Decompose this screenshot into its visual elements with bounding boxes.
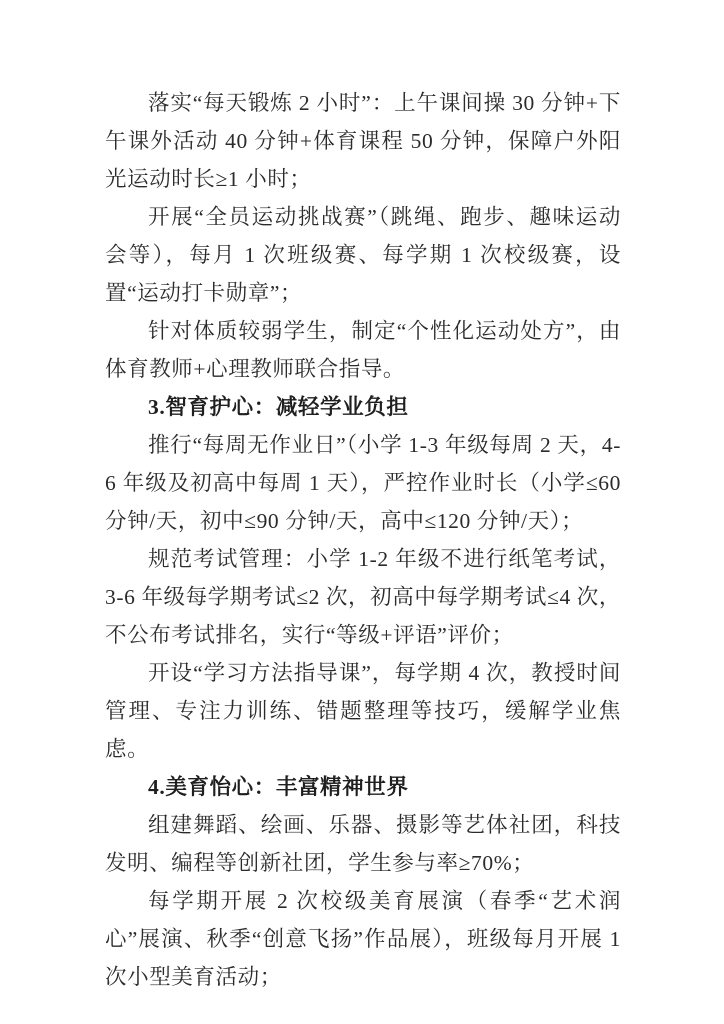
paragraph-art-exhibitions: 每学期开展 2 次校级美育展演（春季“艺术润心”展演、秋季“创意飞扬”作品展），… [105, 882, 621, 996]
paragraph-art-clubs: 组建舞蹈、绘画、乐器、摄影等艺体社团，科技发明、编程等创新社团，学生参与率≥70… [105, 806, 621, 882]
section-heading-4-aesthetic-education: 4.美育怡心：丰富精神世界 [105, 768, 621, 806]
paragraph-daily-exercise: 落实“每天锻炼 2 小时”：上午课间操 30 分钟+下午课外活动 40 分钟+体… [105, 84, 621, 198]
paragraph-exercise-prescription: 针对体质较弱学生，制定“个性化运动处方”，由体育教师+心理教师联合指导。 [105, 312, 621, 388]
paragraph-exam-management: 规范考试管理：小学 1-2 年级不进行纸笔考试，3-6 年级每学期考试≤2 次，… [105, 540, 621, 654]
document-text-body: 落实“每天锻炼 2 小时”：上午课间操 30 分钟+下午课外活动 40 分钟+体… [105, 84, 621, 996]
paragraph-no-homework-day: 推行“每周无作业日”（小学 1-3 年级每周 2 天，4-6 年级及初高中每周 … [105, 426, 621, 540]
paragraph-sport-challenge: 开展“全员运动挑战赛”（跳绳、跑步、趣味运动会等），每月 1 次班级赛、每学期 … [105, 198, 621, 312]
document-page: 落实“每天锻炼 2 小时”：上午课间操 30 分钟+下午课外活动 40 分钟+体… [0, 0, 724, 1024]
paragraph-study-methods-course: 开设“学习方法指导课”，每学期 4 次，教授时间管理、专注力训练、错题整理等技巧… [105, 654, 621, 768]
section-heading-3-academic-load: 3.智育护心：减轻学业负担 [105, 388, 621, 426]
